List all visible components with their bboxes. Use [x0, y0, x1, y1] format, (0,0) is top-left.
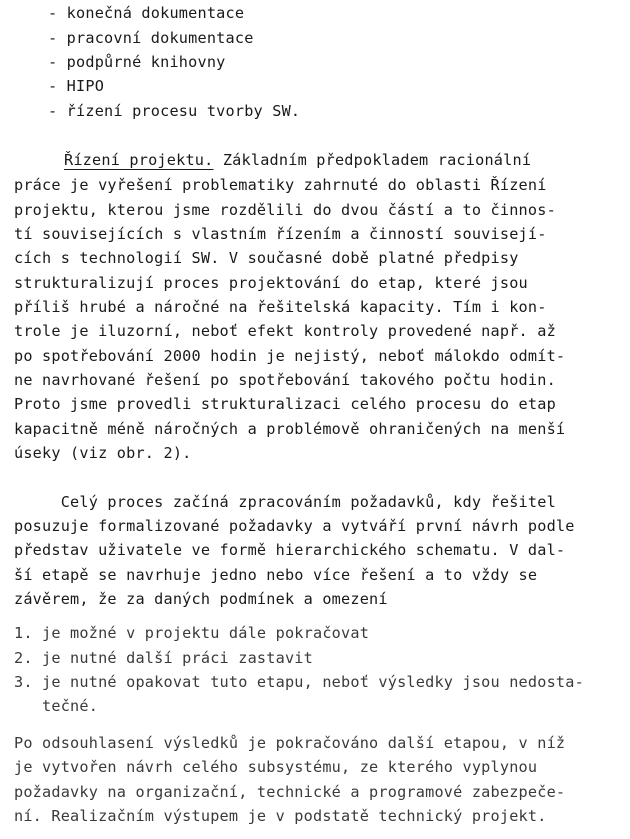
paragraph-line: strukturalizují proces projektování do e… — [14, 273, 528, 293]
paragraph-line: ne navrhované řešení po spotřebování tak… — [14, 370, 556, 390]
paragraph-line: trole je iluzorní, neboť efekt kontroly … — [14, 321, 556, 341]
paragraph-line: požadavky na organizační, technické a pr… — [14, 782, 565, 802]
bullet-item: - podpůrné knihovny — [48, 52, 226, 72]
paragraph-line: Celý proces začíná zpracováním požadavků… — [14, 492, 556, 512]
paragraph-line: je vytvořen návrh celého subsystému, ze … — [14, 757, 537, 777]
paragraph-line: ší etapě se navrhuje jedno nebo více řeš… — [14, 565, 537, 585]
paragraph-line: příliš hrubé a náročné na řešitelská kap… — [14, 297, 547, 317]
numbered-item: 2. je nutné další práci zastavit — [14, 648, 313, 668]
paragraph-line: posuzuje formalizované požadavky a vytvá… — [14, 516, 575, 536]
paragraph-line: kapacitně méně náročných a problémově oh… — [14, 419, 565, 439]
paragraph-line: Po odsouhlasení výsledků je pokračováno … — [14, 733, 565, 753]
paragraph-line: Proto jsme provedli strukturalizaci celé… — [14, 394, 556, 414]
bullet-item: - pracovní dokumentace — [48, 28, 254, 48]
bullet-item: - konečná dokumentace — [48, 3, 244, 23]
paragraph-line: představ uživatele ve formě hierarchické… — [14, 540, 565, 560]
section-heading: Řízení projektu. — [64, 151, 214, 169]
paragraph-text: Základním předpokladem racionální — [214, 151, 532, 169]
paragraph-line: ní. Realizačním výstupem je v podstatě t… — [14, 806, 547, 826]
section-heading-line: Řízení projektu. Základním předpokladem … — [64, 150, 531, 170]
paragraph-line: projektu, kterou jsme rozdělili do dvou … — [14, 200, 556, 220]
paragraph-line: závěrem, že za daných podmínek a omezení — [14, 589, 388, 609]
paragraph-line: tí souvisejících s vlastním řízením a či… — [14, 224, 547, 244]
paragraph-line: úseky (viz obr. 2). — [14, 443, 192, 463]
bullet-item: - řízení procesu tvorby SW. — [48, 101, 300, 121]
numbered-item: tečné. — [14, 696, 98, 716]
bullet-item: - HIPO — [48, 76, 104, 96]
numbered-item: 3. je nutné opakovat tuto etapu, neboť v… — [14, 672, 584, 692]
paragraph-line: cích s technologií SW. V současné době p… — [14, 248, 519, 268]
paragraph-line: po spotřebování 2000 hodin je nejistý, n… — [14, 346, 565, 366]
paragraph-line: práce je vyřešení problematiky zahrnuté … — [14, 175, 547, 195]
typewritten-page: - konečná dokumentace - pracovní dokumen… — [0, 0, 630, 839]
numbered-item: 1. je možné v projektu dále pokračovat — [14, 623, 369, 643]
